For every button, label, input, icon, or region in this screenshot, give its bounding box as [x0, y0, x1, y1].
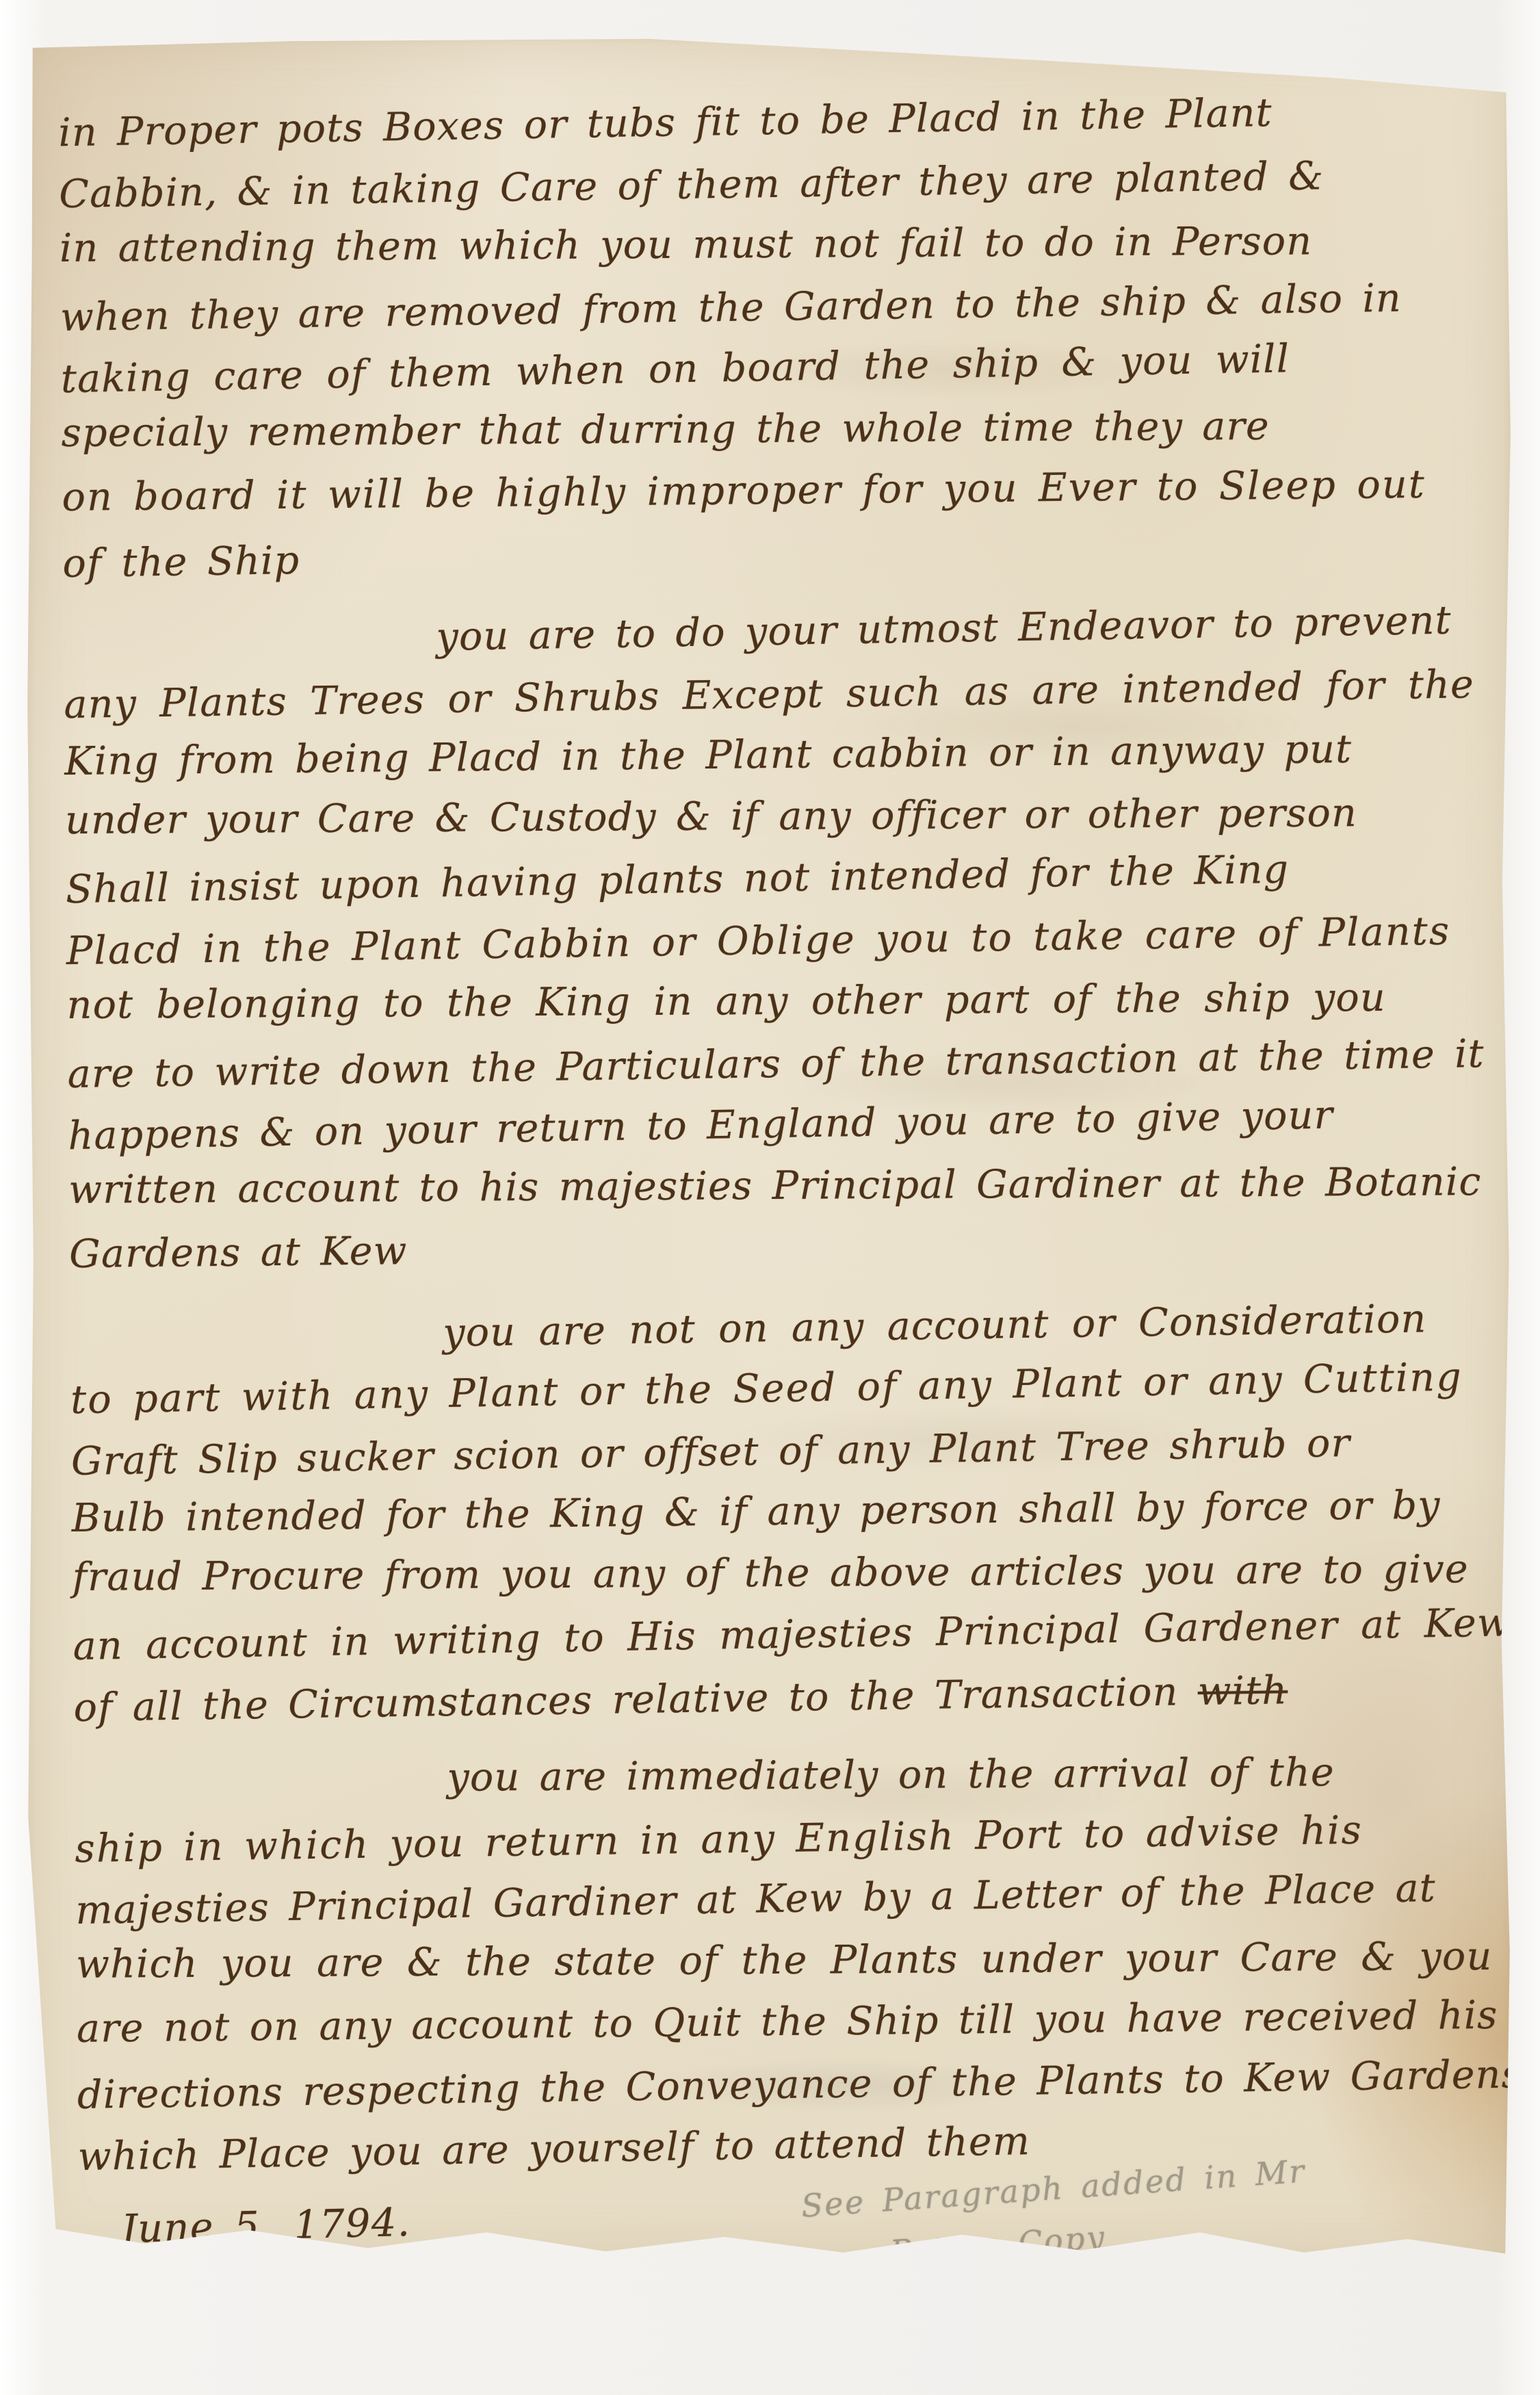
document-scan: { "scan": { "background_color": "#f1efec…	[0, 0, 1540, 2395]
letter-body: in Proper pots Boxes or tubs fit to be P…	[58, 83, 1498, 2251]
struck-out-word: with	[1197, 1668, 1288, 1714]
manuscript-line: written account to his majesties Princip…	[68, 1151, 1487, 1221]
manuscript-paper: in Proper pots Boxes or tubs fit to be P…	[26, 36, 1512, 2264]
manuscript-line: specialy remember that durring the whole…	[61, 394, 1480, 464]
manuscript-line: which you are & the state of the Plants …	[76, 1926, 1495, 1995]
manuscript-line: Gardens at Kew	[69, 1210, 1489, 1285]
